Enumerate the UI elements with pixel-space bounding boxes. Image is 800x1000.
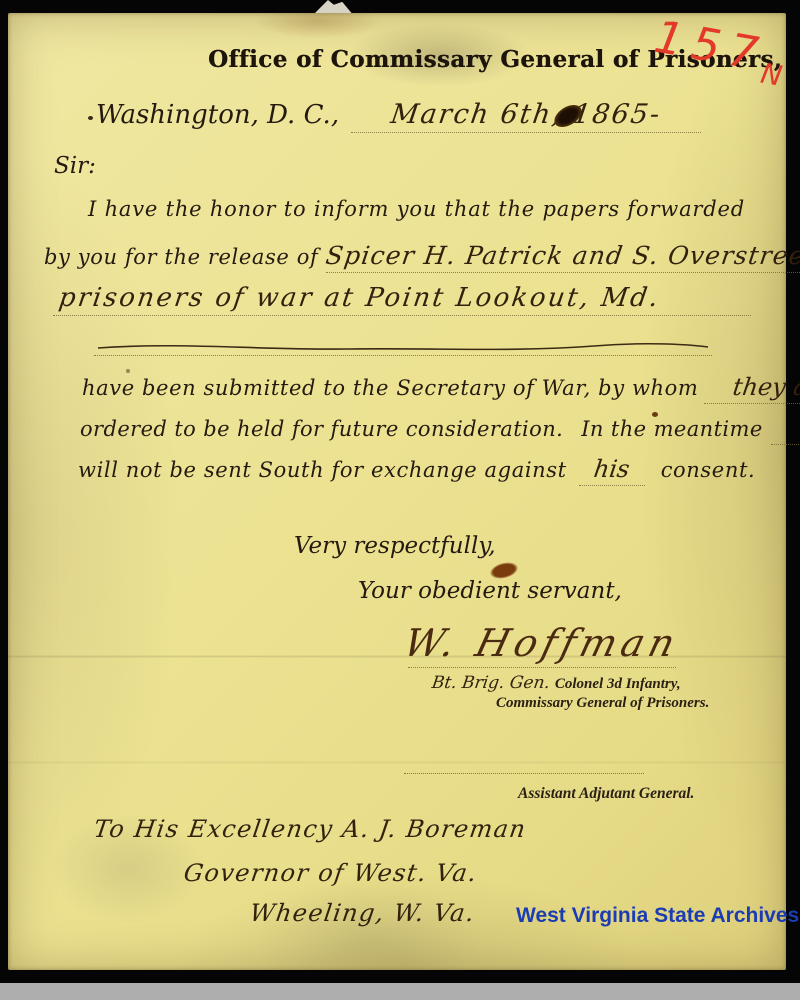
scan-frame: Office of Commissary General of Prisoner… — [0, 0, 800, 1000]
archive-stamp: West Virginia State Archives — [516, 904, 799, 928]
adjutant-blank-line — [404, 765, 644, 774]
address-line-1: To His Excellency A. J. Boreman — [92, 815, 528, 843]
letterhead-title: Office of Commissary General of Prisoner… — [208, 46, 688, 73]
rank-hand: Bt. Brig. Gen. — [431, 673, 552, 693]
body-line-6-printed-b: consent. — [661, 458, 756, 482]
dateline-place: Washington, D. C., — [96, 100, 339, 130]
body-line-4-printed: have been submitted to the Secretary of … — [82, 376, 698, 400]
dateline: Washington, D. C., March 6th, 1865- — [96, 99, 701, 133]
doc-number: 157N — [650, 10, 791, 85]
closing-servant: Your obedient servant, — [358, 578, 622, 604]
body-line-3: prisoners of war at Point Lookout, Md. — [53, 283, 751, 316]
salutation: Sir: — [54, 153, 96, 179]
doc-number-suffix: N — [758, 57, 784, 93]
adjutant-title: Assistant Adjutant General. — [518, 785, 694, 803]
body-line-5-printed-b: In the meantime — [581, 417, 762, 441]
stain-spot — [126, 369, 130, 373]
crease-line — [8, 655, 786, 658]
stain-spot — [652, 412, 658, 417]
address-line-3: Wheeling, W. Va. — [248, 899, 477, 927]
office-title: Commissary General of Prisoners. — [496, 695, 709, 712]
rank-printed: Colonel 3d Infantry, — [555, 676, 681, 693]
body-line-6-blank: his — [579, 455, 645, 486]
body-line-2-blank: Spicer H. Patrick and S. Overstreet, — [326, 241, 800, 273]
body-line-2: by you for the release of Spicer H. Patr… — [44, 241, 766, 273]
body-line-5-printed-a: ordered to be held for future considerat… — [80, 417, 563, 441]
body-line-6-hand: his — [592, 455, 631, 483]
strike-line — [94, 335, 712, 356]
body-line-5-blank: he — [771, 414, 800, 445]
body-line-1: I have the honor to inform you that the … — [88, 197, 745, 221]
body-line-6: will not be sent South for exchange agai… — [78, 455, 755, 486]
crease-line — [8, 761, 786, 764]
rank-line: Bt. Brig. Gen. Colonel 3d Infantry, — [432, 673, 681, 693]
signature: W. Hoffman — [400, 621, 685, 665]
body-line-5: ordered to be held for future considerat… — [80, 414, 800, 445]
address-line-2: Governor of West. Va. — [182, 859, 479, 887]
closing-respectfully: Very respectfully, — [294, 533, 496, 559]
body-line-6-printed-a: will not be sent South for exchange agai… — [78, 458, 567, 482]
body-line-2-printed: by you for the release of — [44, 245, 318, 269]
body-line-2-hand: Spicer H. Patrick and S. Overstreet, — [324, 241, 800, 270]
letter-paper: Office of Commissary General of Prisoner… — [8, 13, 786, 970]
dateline-date: March 6th, 1865- — [389, 99, 664, 130]
body-line-3-blank: prisoners of war at Point Lookout, Md. — [53, 283, 751, 316]
bottom-scanner-strip — [0, 983, 800, 1000]
body-line-4-blank: they are — [704, 373, 800, 404]
body-line-3-hand: prisoners of war at Point Lookout, Md. — [57, 283, 662, 313]
stain-spot — [88, 116, 93, 120]
signature-line: W. Hoffman — [408, 611, 676, 668]
body-line-4-hand: they are — [731, 373, 800, 401]
date-blank-line: March 6th, 1865- — [351, 99, 701, 133]
body-line-4: have been submitted to the Secretary of … — [82, 373, 800, 404]
